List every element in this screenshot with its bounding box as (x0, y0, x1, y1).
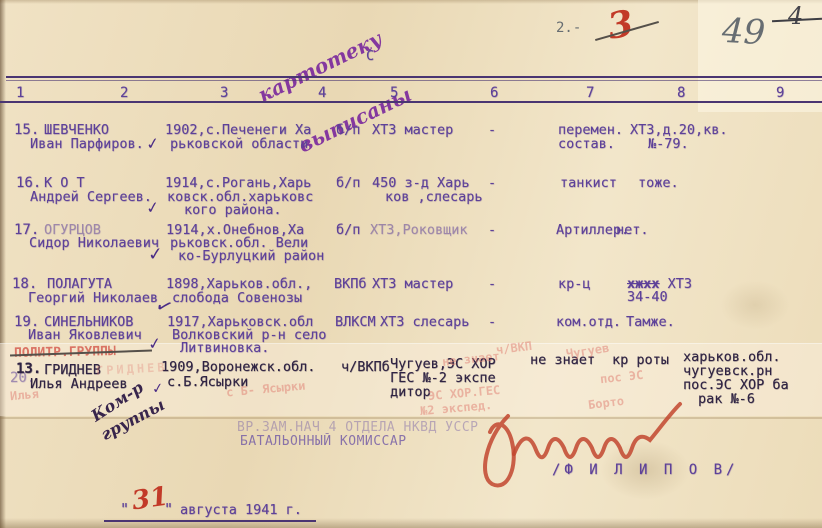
row20-party: ч/ВКПб (341, 359, 390, 375)
page-number-crossed: 4 (788, 2, 803, 30)
row15-address-line2: №-79. (648, 136, 689, 152)
row16-given-name: Андрей Сергеев. (30, 189, 152, 205)
row16-dash: - (488, 175, 496, 191)
row17-given-name: Сидор Николаевич (29, 235, 159, 251)
row19-given-name: Иван Яковлевич (28, 327, 142, 343)
row20-col7: кр роты (612, 352, 669, 368)
row15-work: ХТЗ мастер (372, 122, 453, 138)
column-number-7: 7 (586, 85, 594, 101)
row19-col8: Тамже. (626, 314, 675, 330)
rule-header-bottom (0, 101, 822, 103)
row15-birth-line2: рьковской области (170, 136, 308, 152)
row15-party: б/п (336, 122, 360, 138)
scanned-document: { "icons": { "check": "✓" }, "top": { "h… (0, 0, 822, 528)
row18-col7: кр-ц (558, 276, 591, 292)
column-number-2: 2 (120, 85, 128, 101)
row15-given-name: Иван Парфиров. (30, 136, 144, 152)
row20-work-line3: дитор (390, 384, 431, 400)
checkmark-icon: ✓ (145, 133, 161, 154)
row18-party: ВКПб (334, 276, 367, 292)
checkmark-icon: ✓ (145, 197, 161, 218)
row15-col7-line2: состав. (558, 136, 615, 152)
row19-work: ХТЗ слесарь (380, 314, 469, 330)
row16-col8: тоже. (638, 175, 679, 191)
rule-top-thin (6, 80, 822, 81)
page-number-pencil: 49 (721, 11, 766, 53)
top-edge-shadow (0, 0, 822, 4)
row19-col7: ком.отд. (556, 314, 621, 330)
row20-birth-line1: 1909,Воронежск.обл. (161, 359, 315, 375)
stain-spot-2 (720, 280, 790, 330)
column-number-3: 3 (220, 85, 228, 101)
carbon-fragment: пос ЭС (599, 368, 644, 386)
row18-dash: - (488, 276, 496, 292)
carbon-fragment: Илья (9, 387, 39, 403)
row16-col7: танкист (560, 175, 617, 191)
row20-given-name: Илья Андреев (30, 376, 128, 392)
row16-party: б/п (336, 175, 360, 191)
row17-dash: - (488, 222, 496, 238)
row15-dash: - (488, 122, 496, 138)
column-number-1: 1 (16, 85, 24, 101)
date-quote-open: " (120, 500, 129, 518)
row20-number: 13. (16, 361, 41, 377)
row18-work: ХТЗ мастер (372, 276, 453, 292)
checkmark-icon: ✓ (147, 243, 164, 265)
stamp-title-line1: ВР.ЗАМ.НАЧ 4 ОТДЕЛА НКВД УССР (237, 420, 478, 435)
row17-work: ХТЗ,Роковщик (370, 222, 468, 238)
signature-typed-name: /Ф И Л И П О В/ (552, 462, 738, 478)
row17-col8: нет. (616, 222, 649, 238)
column-number-5: 5 (390, 85, 398, 101)
row17-birth-line3: ко-Бурлуцкий район (178, 248, 324, 264)
column-number-8: 8 (677, 85, 685, 101)
row18-birth-line2: слобода Совенозы (172, 290, 302, 306)
row19-dash: - (488, 314, 496, 330)
row18-col8-line2: 34-40 (627, 289, 668, 305)
date-underline (104, 520, 316, 522)
page-number-red: 3 (605, 2, 637, 48)
stamp-title-line2: БАТАЛЬОННЫЙ КОМИССАР (240, 434, 407, 449)
column-number-6: 6 (490, 85, 498, 101)
column-number-4: 4 (318, 85, 326, 101)
typed-letter-c: С (366, 48, 374, 64)
row16-birth-line3: кого района. (184, 202, 282, 218)
column-number-9: 9 (776, 85, 784, 101)
row17-party: б/п (336, 222, 360, 238)
carbon-fragment: ч/ВКП (495, 339, 533, 357)
date-quote-close: " (164, 500, 173, 518)
row19-party: ВЛКСМ (335, 314, 376, 330)
row16-work-line2: ков ,слесарь (385, 189, 483, 205)
carbon-fragment: ГРИДНЕВ (96, 360, 168, 378)
page-number-typed: 2.- (556, 20, 581, 36)
date-text: августа 1941 г. (180, 502, 302, 518)
crease-line-upper (0, 343, 822, 344)
rule-top-thick (6, 76, 822, 78)
row19-birth-line3: Литвиновка. (180, 340, 269, 356)
row18-given-name: Георгий Николаев (28, 290, 158, 306)
